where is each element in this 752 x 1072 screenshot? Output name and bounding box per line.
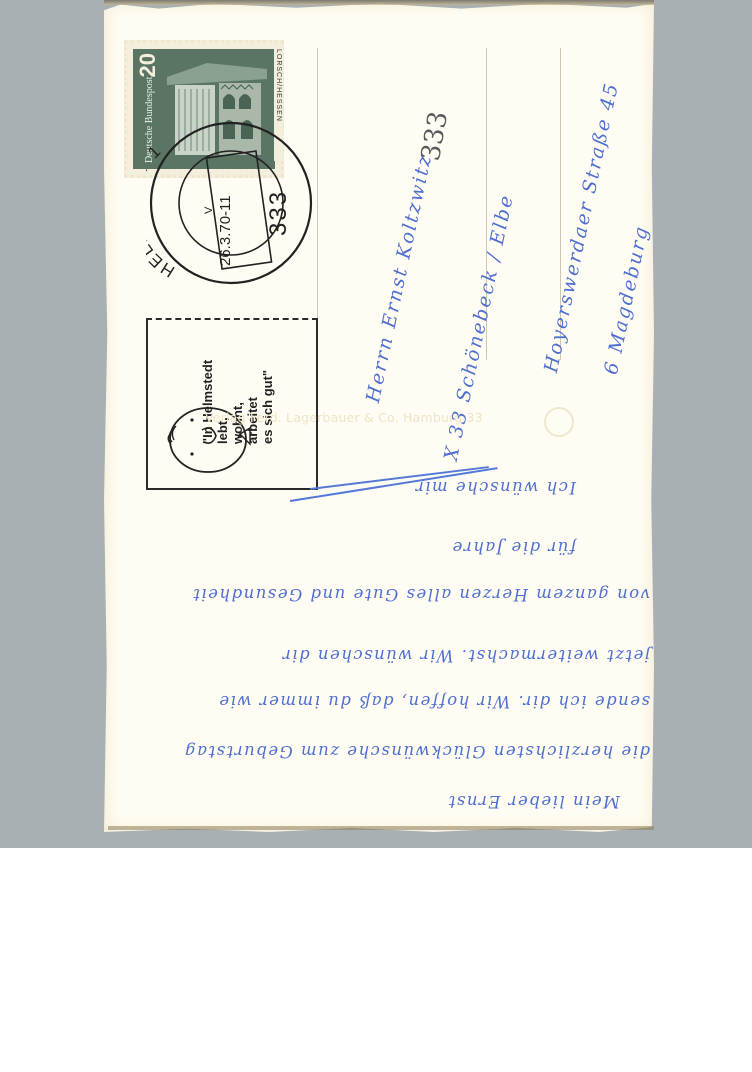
publisher-imprint: Verlag Ferd. Lagerbauer & Co. Hamburg 33 (205, 410, 483, 425)
card-top-edge (104, 0, 654, 5)
message-line-3: sende ich dir. Wir hoffen, daß du immer … (140, 692, 650, 711)
postmark-postcode: 333 (265, 190, 292, 236)
message-line-4: jetzt weitermachst. Wir wünschen dir (150, 646, 650, 665)
embossed-seal (544, 407, 574, 437)
message-line-1: Mein lieber Ernst (380, 792, 620, 811)
message-line-7: Ich wünsche mir (296, 478, 576, 497)
address-line (317, 48, 318, 360)
cartoon-face-icon (158, 390, 258, 485)
postmark-date: 26.3.70-11 (217, 195, 234, 266)
message-line-2: die herzlichsten Glückwünsche zum Geburt… (136, 742, 650, 761)
card-bottom-edge (108, 826, 654, 830)
postmark-cancellation: HELMSTEDT 1 26.3.70-11 V 333 (146, 118, 316, 288)
postmark-letter: V (203, 206, 215, 214)
message-line-6: für die Jahre (376, 538, 576, 557)
stamp-denomination: 20 (135, 53, 163, 77)
message-line-5: von ganzem Herzen alles Gute und Gesundh… (140, 585, 650, 604)
slogan-cancellation: "In Helmstedt lebt, wohnt, arbeitet es s… (146, 318, 318, 490)
